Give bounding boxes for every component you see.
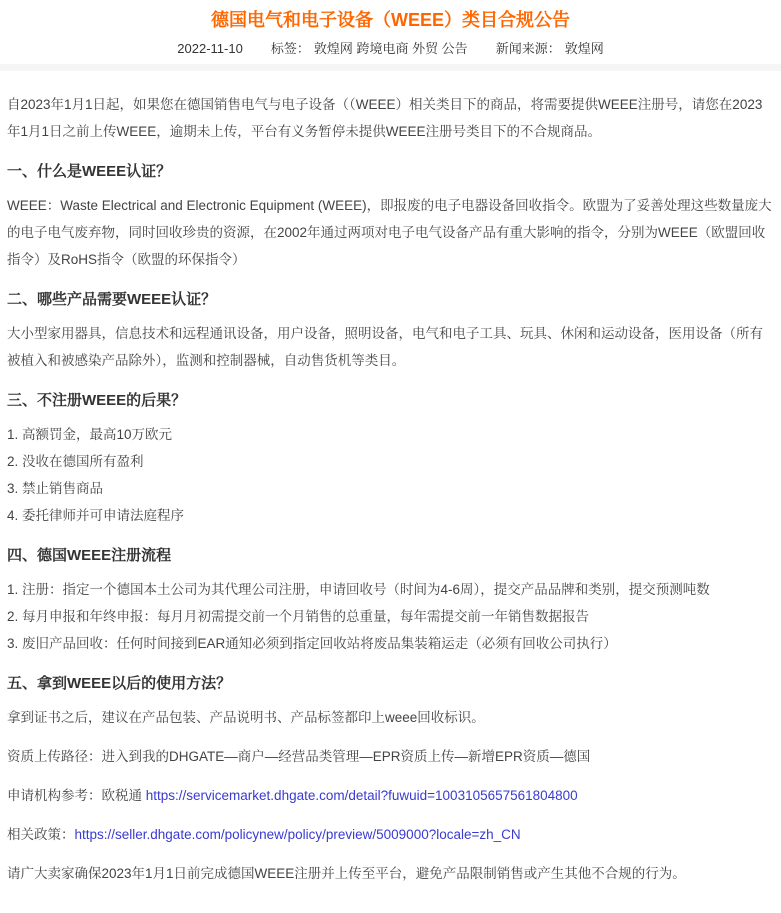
policy-paragraph: 相关政策：https://seller.dhgate.com/policynew… — [7, 821, 773, 848]
publish-date: 2022-11-10 — [177, 40, 243, 57]
list-item: 2. 没收在德国所有盈利 — [7, 448, 773, 475]
list-item: 1. 高额罚金，最高10万欧元 — [7, 421, 773, 448]
source-group: 新闻来源： 敦煌网 — [496, 40, 604, 57]
section1-paragraph: WEEE：Waste Electrical and Electronic Equ… — [7, 192, 773, 273]
intro-paragraph: 自2023年1月1日起，如果您在德国销售电气与电子设备（（WEEE）相关类目下的… — [7, 91, 773, 145]
upload-path-paragraph: 资质上传路径：进入到我的DHGATE—商户—经营品类管理—EPR资质上传—新增E… — [7, 743, 773, 770]
policy-link[interactable]: https://seller.dhgate.com/policynew/poli… — [75, 827, 521, 842]
list-item: 4. 委托律师并可申请法庭程序 — [7, 502, 773, 529]
list-item: 3. 禁止销售商品 — [7, 475, 773, 502]
article-body: 自2023年1月1日起，如果您在德国销售电气与电子设备（（WEEE）相关类目下的… — [0, 71, 781, 905]
tags-group: 标签： 敦煌网 跨境电商 外贸 公告 — [271, 40, 468, 57]
page-title: 德国电气和电子设备（WEEE）类目合规公告 — [0, 9, 781, 32]
closing-paragraph: 请广大卖家确保2023年1月1日前完成德国WEEE注册并上传至平台，避免产品限制… — [7, 860, 773, 887]
source-value: 敦煌网 — [565, 40, 604, 57]
header-divider — [0, 64, 781, 71]
agency-label: 申请机构参考：欧税通 — [7, 788, 146, 803]
agency-paragraph: 申请机构参考：欧税通 https://servicemarket.dhgate.… — [7, 782, 773, 809]
section5-paragraph: 拿到证书之后，建议在产品包装、产品说明书、产品标签都印上weee回收标识。 — [7, 704, 773, 731]
section5-heading: 五、拿到WEEE以后的使用方法？ — [7, 674, 773, 694]
source-label: 新闻来源： — [496, 40, 561, 57]
section4-heading: 四、德国WEEE注册流程 — [7, 546, 773, 566]
registration-steps-list: 1. 注册：指定一个德国本土公司为其代理公司注册，申请回收号（时间为4-6周），… — [7, 576, 773, 657]
list-item: 3. 废旧产品回收：任何时间接到EAR通知必须到指定回收站将废品集装箱运走（必须… — [7, 630, 773, 657]
consequences-list: 1. 高额罚金，最高10万欧元 2. 没收在德国所有盈利 3. 禁止销售商品 4… — [7, 421, 773, 529]
section2-heading: 二、哪些产品需要WEEE认证？ — [7, 290, 773, 310]
agency-link[interactable]: https://servicemarket.dhgate.com/detail?… — [146, 788, 578, 803]
list-item: 1. 注册：指定一个德国本土公司为其代理公司注册，申请回收号（时间为4-6周），… — [7, 576, 773, 603]
tags-label: 标签： — [271, 40, 310, 57]
article-meta: 2022-11-10 标签： 敦煌网 跨境电商 外贸 公告 新闻来源： 敦煌网 — [0, 40, 781, 57]
list-item: 2. 每月申报和年终申报：每月月初需提交前一个月销售的总重量，每年需提交前一年销… — [7, 603, 773, 630]
section1-heading: 一、什么是WEEE认证？ — [7, 162, 773, 182]
section3-heading: 三、不注册WEEE的后果？ — [7, 391, 773, 411]
section2-paragraph: 大小型家用器具，信息技术和远程通讯设备，用户设备，照明设备，电气和电子工具、玩具… — [7, 320, 773, 374]
article-header: 德国电气和电子设备（WEEE）类目合规公告 2022-11-10 标签： 敦煌网… — [0, 0, 781, 71]
tags-value: 敦煌网 跨境电商 外贸 公告 — [314, 40, 468, 57]
policy-label: 相关政策： — [7, 827, 75, 842]
